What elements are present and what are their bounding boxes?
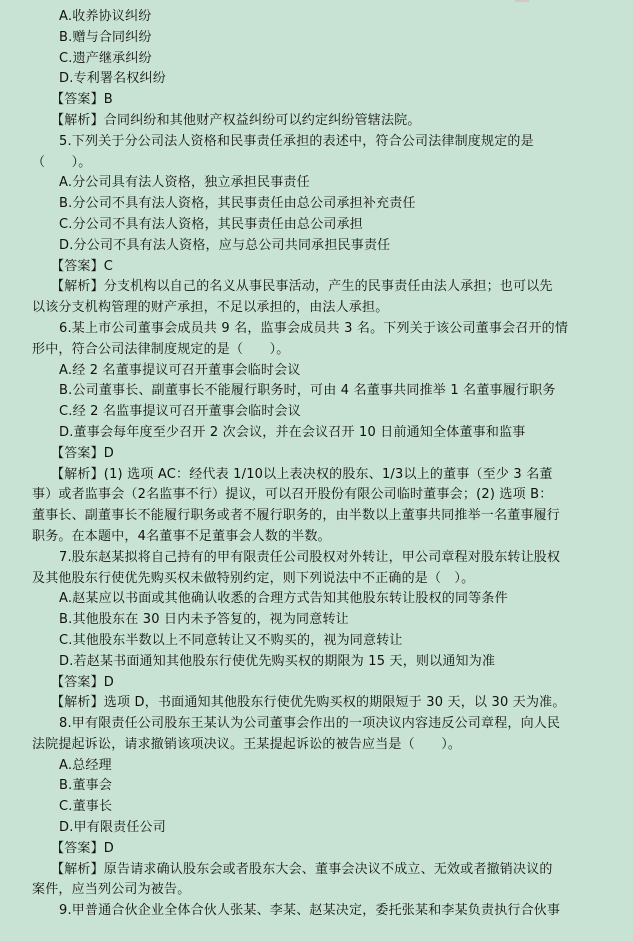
question-stem: 6.某上市公司董事会成员共 9 名，监事会成员共 3 名。下列关于该公司董事会召… <box>0 319 633 340</box>
answer-key: 【答案】D <box>0 444 633 465</box>
answer-option: D.董事会每年度至少召开 2 次会议，并在会议召开 10 日前通知全体董事和监事 <box>0 423 633 444</box>
text-continuation: 事）或者监事会（2名监事不行）提议，可以召开股份有限公司临时董事会；(2) 选项… <box>0 485 633 506</box>
answer-option: C.其他股东半数以上不同意转让又不购买的，视为同意转让 <box>0 631 633 652</box>
analysis-text: 【解析】合同纠纷和其他财产权益纠纷可以约定纠纷管辖法院。 <box>0 111 633 132</box>
answer-option: B.其他股东在 30 日内未予答复的，视为同意转让 <box>0 610 633 631</box>
question-stem: 7.股东赵某拟将自己持有的甲有限责任公司股权对外转让，甲公司章程对股东转让股权 <box>0 548 633 569</box>
answer-option: D.若赵某书面通知其他股东行使优先购买权的期限为 15 天，则以通知为准 <box>0 652 633 673</box>
analysis-text: 【解析】分支机构以自己的名义从事民事活动，产生的民事责任由法人承担；也可以先 <box>0 277 633 298</box>
question-stem: 9.甲普通合伙企业全体合伙人张某、李某、赵某决定，委托张某和李某负责执行合伙事 <box>0 901 633 922</box>
text-continuation: 及其他股东行使优先购买权未做特别约定，则下列说法中不正确的是（ ）。 <box>0 569 633 590</box>
answer-option: A.收养协议纠纷 <box>0 7 633 28</box>
text-continuation: 法院提起诉讼，请求撤销该项决议。王某提起诉讼的被告应当是（ ）。 <box>0 735 633 756</box>
answer-key: 【答案】D <box>0 673 633 694</box>
text-continuation: （ ）。 <box>0 153 633 174</box>
document-body: A.收养协议纠纷B.赠与合同纠纷C.遗产继承纠纷D.专利署名权纠纷【答案】B【解… <box>0 7 633 922</box>
answer-option: A.总经理 <box>0 756 633 777</box>
answer-option: D.甲有限责任公司 <box>0 818 633 839</box>
answer-option: C.遗产继承纠纷 <box>0 49 633 70</box>
analysis-text: 【解析】选项 D，书面通知其他股东行使优先购买权的期限短于 30 天，以 30 … <box>0 693 633 714</box>
answer-option: B.董事会 <box>0 776 633 797</box>
document-page: A.收养协议纠纷B.赠与合同纠纷C.遗产继承纠纷D.专利署名权纠纷【答案】B【解… <box>0 0 633 922</box>
question-stem: 5.下列关于分公司法人资格和民事责任承担的表述中，符合公司法律制度规定的是 <box>0 132 633 153</box>
question-stem: 8.甲有限责任公司股东王某认为公司董事会作出的一项决议内容违反公司章程，向人民 <box>0 714 633 735</box>
answer-key: 【答案】B <box>0 90 633 111</box>
answer-option: D.分公司不具有法人资格，应与总公司共同承担民事责任 <box>0 236 633 257</box>
analysis-text: 【解析】(1) 选项 AC：经代表 1/10以上表决权的股东、1/3以上的董事（… <box>0 465 633 486</box>
text-continuation: 以该分支机构管理的财产承担，不足以承担的，由法人承担。 <box>0 298 633 319</box>
answer-option: D.专利署名权纠纷 <box>0 69 633 90</box>
text-continuation: 董事长、副董事长不能履行职务或者不履行职务的，由半数以上董事共同推举一名董事履行 <box>0 506 633 527</box>
answer-option: C.董事长 <box>0 797 633 818</box>
text-continuation: 案件，应当列公司为被告。 <box>0 880 633 901</box>
scan-artifact <box>515 0 529 2</box>
answer-option: A.赵某应以书面或其他确认收悉的合理方式告知其他股东转让股权的同等条件 <box>0 589 633 610</box>
answer-option: B.公司董事长、副董事长不能履行职务时，可由 4 名董事共同推举 1 名董事履行… <box>0 381 633 402</box>
analysis-text: 【解析】原告请求确认股东会或者股东大会、董事会决议不成立、无效或者撤销决议的 <box>0 860 633 881</box>
answer-option: A.经 2 名董事提议可召开董事会临时会议 <box>0 361 633 382</box>
answer-option: C.分公司不具有法人资格，其民事责任由总公司承担 <box>0 215 633 236</box>
answer-option: A.分公司具有法人资格，独立承担民事责任 <box>0 173 633 194</box>
text-continuation: 形中，符合公司法律制度规定的是（ ）。 <box>0 340 633 361</box>
answer-option: B.赠与合同纠纷 <box>0 28 633 49</box>
answer-key: 【答案】D <box>0 839 633 860</box>
answer-key: 【答案】C <box>0 257 633 278</box>
answer-option: C.经 2 名监事提议可召开董事会临时会议 <box>0 402 633 423</box>
answer-option: B.分公司不具有法人资格，其民事责任由总公司承担补充责任 <box>0 194 633 215</box>
text-continuation: 职务。在本题中，4名董事不足董事会人数的半数。 <box>0 527 633 548</box>
